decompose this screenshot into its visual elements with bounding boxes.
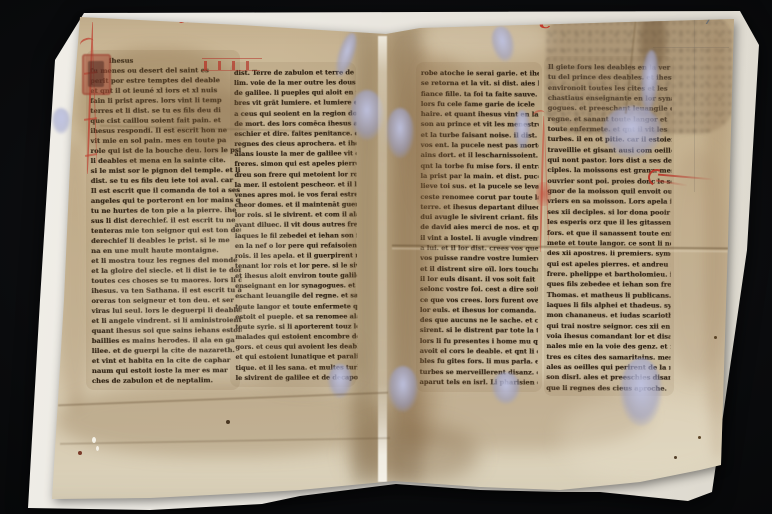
white-speck (92, 437, 96, 443)
manuscript-spread: cA ihesus fu menes o (0, 0, 772, 514)
lavender-stain (386, 108, 414, 158)
photo-background: cA ihesus fu menes o (0, 0, 772, 514)
rubric-flourish-left-margin (84, 22, 102, 176)
left-page: cA ihesus fu menes o (60, 16, 390, 500)
manuscript-spread-wrap: cA ihesus fu menes o (0, 0, 772, 514)
ruling-line-vertical (694, 14, 695, 192)
red-speck (78, 451, 82, 455)
ink-speck (714, 336, 717, 339)
ink-speck (698, 436, 701, 439)
lavender-stain (492, 372, 520, 404)
right-page: Ɛ 7 robe atoche ie serai garie. et ihesu… (388, 16, 734, 496)
rubric-highlight-bars (202, 58, 262, 72)
lavender-stain (388, 366, 418, 412)
lavender-stain (602, 106, 662, 158)
ink-speck (674, 456, 677, 459)
right-page-column-2: Il giete fors les deables en la ver tu d… (546, 62, 672, 399)
left-page-column-2: dist. Terre de zabulon et terre de nepta… (234, 67, 358, 388)
folio-number: 7 (702, 12, 714, 28)
paragraph-mark-icon (648, 167, 716, 193)
rubric-flourish-intercolumn (536, 116, 554, 254)
gutter-fold-strip (378, 36, 387, 482)
lavender-stain (514, 110, 530, 150)
lavender-stain (328, 364, 352, 398)
left-page-column-1: ihesus fu menes ou desert del saint es p… (90, 55, 242, 392)
gutter-shadow-right (390, 24, 422, 484)
ruling-line-horizontal (653, 47, 729, 48)
damaged-initial-block (82, 54, 111, 95)
left-quire-mark: cA (177, 10, 200, 27)
right-quire-mark: Ɛ (538, 13, 552, 34)
lavender-stain (52, 108, 70, 134)
white-speck (96, 446, 99, 451)
ink-speck (226, 420, 230, 424)
lavender-stain (620, 358, 662, 426)
